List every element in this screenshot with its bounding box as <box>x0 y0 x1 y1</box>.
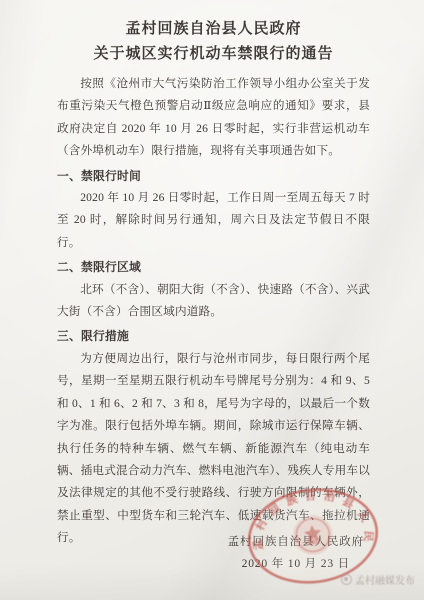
section-1-paragraph: 2020 年 10 月 26 日零时起，工作日周一至周五每天 7 时至 20 时… <box>57 187 370 254</box>
issuer-title: 孟村回族自治县人民政府 <box>57 19 370 39</box>
section-3-heading: 三、限行措施 <box>57 325 370 347</box>
intro-paragraph: 按照《沧州市大气污染防治工作领导小组办公室关于发布重污染天气橙色预警启动Ⅱ级应急… <box>57 73 370 163</box>
notice-document-page: 孟村回族自治县人民政府 关于城区实行机动车禁限行的通告 按照《沧州市大气污染防治… <box>0 0 424 600</box>
document-body: 孟村回族自治县人民政府 关于城区实行机动车禁限行的通告 按照《沧州市大气污染防治… <box>57 0 370 550</box>
signature-block: 孟村回族自治县人民政府 2020 年 10 月 23 日 <box>228 531 364 575</box>
watermark-text: 孟村融媒发布 <box>355 572 415 587</box>
section-1-heading: 一、禁限行时间 <box>57 165 370 187</box>
section-2-paragraph: 北环（不含）、朝阳大街（不含）、快速路（不含）、兴武大街（不含）合围区域内道路。 <box>57 279 370 324</box>
publisher-watermark: 孟村融媒发布 <box>341 572 415 587</box>
watermark-logo-icon <box>341 574 352 585</box>
signature-issuer: 孟村回族自治县人民政府 <box>228 531 364 553</box>
section-2-heading: 二、禁限行区域 <box>57 256 370 278</box>
section-3-paragraph: 为方便周边出行，限行与沧州市同步，每日限行两个尾号，星期一至星期五限行机动车号牌… <box>57 348 370 550</box>
notice-title: 关于城区实行机动车禁限行的通告 <box>57 44 370 64</box>
notice-text: 按照《沧州市大气污染防治工作领导小组办公室关于发布重污染天气橙色预警启动Ⅱ级应急… <box>57 73 370 550</box>
